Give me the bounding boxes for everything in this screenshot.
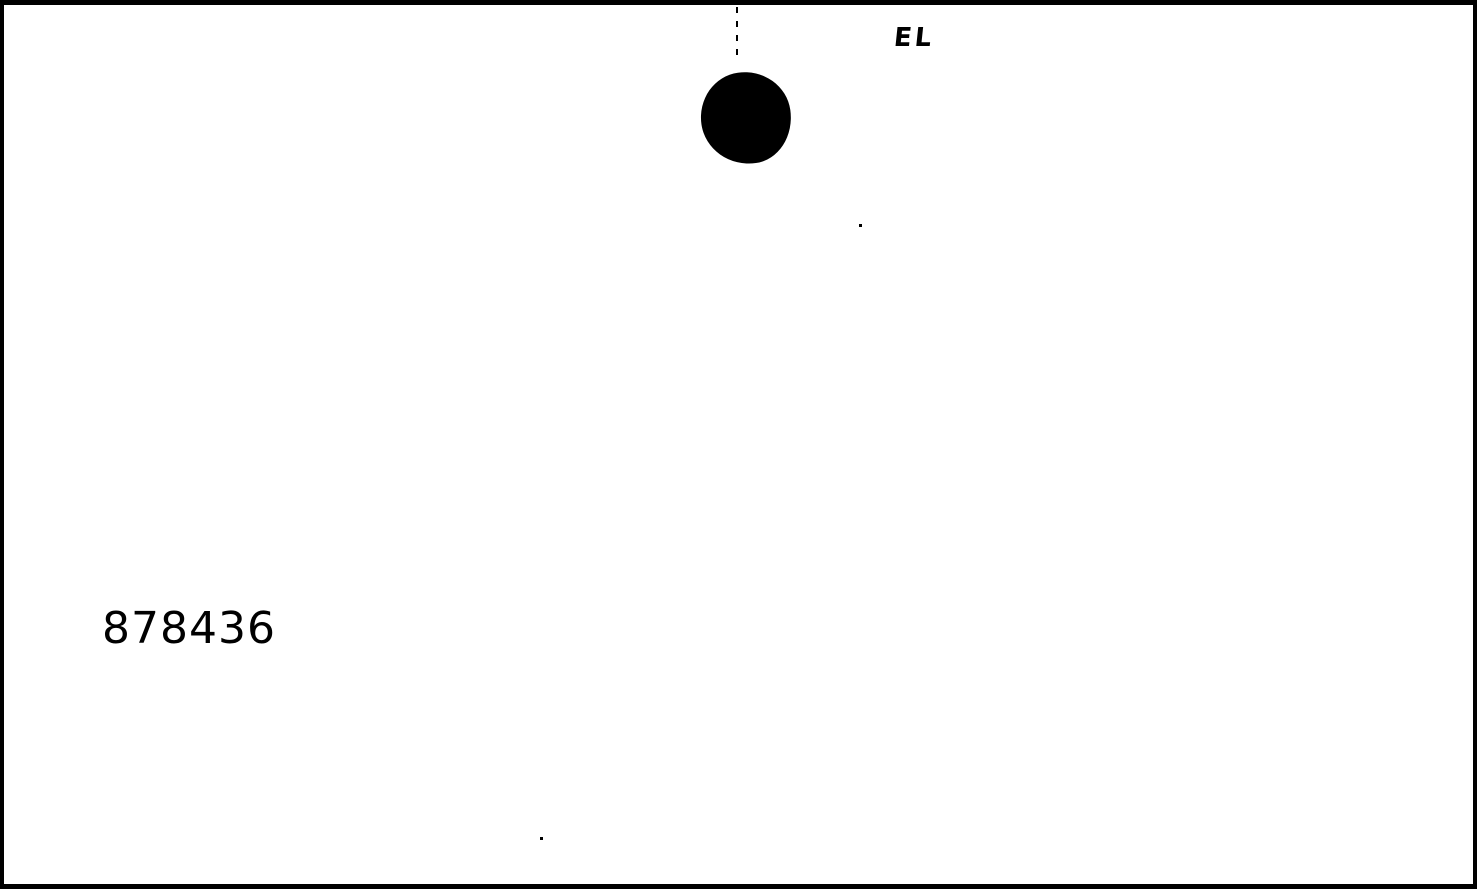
dashed-mark-icon [736, 7, 738, 59]
card-number: 878436 [102, 603, 276, 654]
scan-speck [859, 224, 862, 227]
index-card: EL 878436 [4, 5, 1473, 884]
handwritten-initials: EL [892, 23, 935, 53]
scan-speck [540, 837, 543, 840]
punch-hole-icon [695, 66, 797, 170]
